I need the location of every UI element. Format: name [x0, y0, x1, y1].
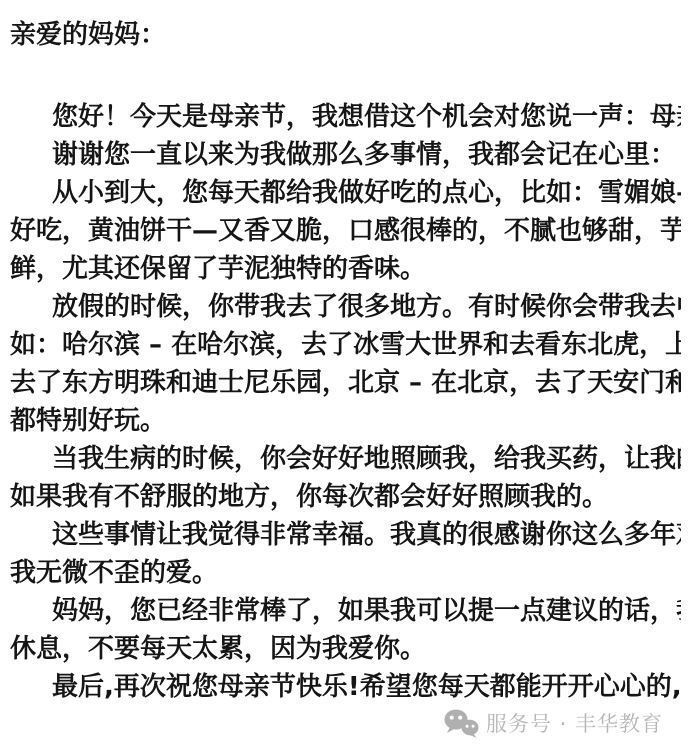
letter-line: 从小到大，您每天都给我做好吃的点心，比如：雪媚娘—又嫩又甜，很: [10, 174, 681, 212]
letter-line: 如：哈尔滨 – 在哈尔滨，去了冰雪大世界和去看东北虎，上海 – 在上海，: [10, 326, 681, 364]
letter-line: 妈妈，您已经非常棒了，如果我可以提一点建议的话，我希望您可以多: [10, 592, 681, 630]
wechat-icon: [443, 708, 479, 738]
letter-line: 这些事情让我觉得非常幸福。我真的很感谢你这么多年对我的照顾，给: [10, 516, 681, 554]
watermark: 服务号 · 丰华教育: [443, 708, 663, 738]
letter-line: 如果我有不舒服的地方，你每次都会好好照顾我的。: [10, 478, 681, 516]
letter-line: 您好！今天是母亲节，我想借这个机会对您说一声：母亲节快乐！: [10, 98, 681, 136]
letter-line: 我无微不歪的爱。: [10, 554, 681, 592]
letter-line: 放假的时候，你带我去了很多地方。有时候你会带我去中国去旅游，比: [10, 288, 681, 326]
letter-line: 鲜，尤其还保留了芋泥独特的香味。: [10, 250, 681, 288]
watermark-label: 服务号 · 丰华教育: [486, 708, 663, 738]
letter-line: 当我生病的时候，你会好好地照顾我，给我买药，让我的病快点治好。: [10, 440, 681, 478]
letter-line: 都特别好玩。: [10, 402, 681, 440]
letter-line: 最后,再次祝您母亲节快乐!希望您每天都能开开心心的,健健康康的！: [10, 668, 681, 706]
letter-page: 亲爱的妈妈： 您好！今天是母亲节，我想借这个机会对您说一声：母亲节快乐！谢谢您一…: [0, 0, 689, 750]
letter-body: 您好！今天是母亲节，我想借这个机会对您说一声：母亲节快乐！谢谢您一直以来为我做那…: [10, 98, 681, 706]
letter-line: 休息，不要每天太累，因为我爱你。: [10, 630, 681, 668]
letter-line: 谢谢您一直以来为我做那么多事情，我都会记在心里：: [10, 136, 681, 174]
letter-salutation: 亲爱的妈妈：: [10, 16, 681, 54]
letter: 亲爱的妈妈： 您好！今天是母亲节，我想借这个机会对您说一声：母亲节快乐！谢谢您一…: [10, 16, 681, 706]
letter-line: 去了东方明珠和迪士尼乐园，北京 – 在北京，去了天安门和国家博物馆，: [10, 364, 681, 402]
letter-line: 好吃，黄油饼干—又香又脆，口感很棒的，不腻也够甜，芋泥小贝—又厚又: [10, 212, 681, 250]
